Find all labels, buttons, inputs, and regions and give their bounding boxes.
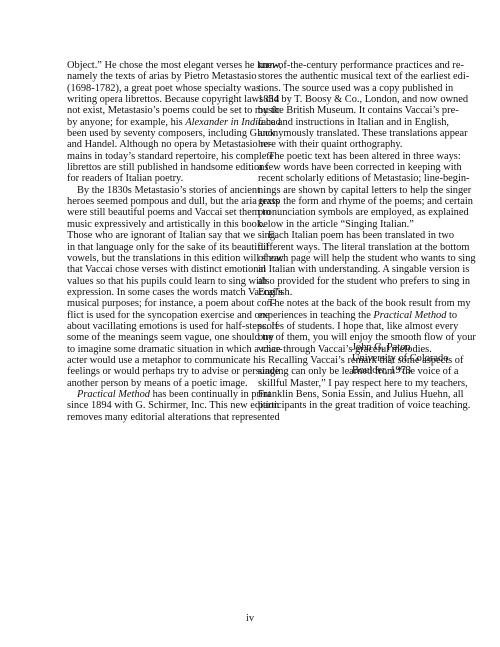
signature-name: John G. Paton [352, 342, 448, 353]
text-line: Each Italian poem has been translated in… [258, 230, 438, 241]
text-line: Those who are ignorant of Italian say th… [67, 230, 249, 241]
left-column: Object.” He chose the most elegant verse… [67, 60, 249, 423]
text-line: heroes seemed pompous and dull, but the … [67, 196, 249, 207]
text-line: flict is used for the syncopation exerci… [67, 310, 249, 321]
text-line: nings are shown by capital letters to he… [258, 185, 438, 196]
text-line: turn-of-the-century performance practice… [258, 60, 438, 71]
text-line: By the 1830s Metastasio’s stories of anc… [67, 185, 249, 196]
page-number: iv [0, 613, 500, 624]
italic-title: Practical Method [77, 389, 150, 400]
text-line: face and instructions in Italian and in … [258, 117, 438, 128]
text-line: that Vaccai chose verses with distinct e… [67, 264, 249, 275]
text-line: pronunciation symbols are employed, as e… [258, 207, 438, 218]
document-page: Object.” He chose the most elegant verse… [0, 0, 500, 647]
text-line: librettos are still published in handsom… [67, 162, 249, 173]
text-line: mains in today’s standard repertoire, hi… [67, 151, 249, 162]
text-line: removes many editorial alterations that … [67, 412, 249, 423]
text-line: expression. In some cases the words matc… [67, 287, 249, 298]
text-line: English. [258, 287, 438, 298]
text-line: here with their quaint orthography. [258, 139, 438, 150]
italic-title: Practical Method [373, 310, 446, 321]
text-line: of each page will help the student who w… [258, 253, 438, 264]
text-line: anonymously translated. These translatio… [258, 128, 438, 139]
text-line: 1834 by T. Boosy & Co., London, and now … [258, 94, 438, 105]
text-line: tions. The source used was a copy publis… [258, 83, 438, 94]
text-line: values so that his pupils could learn to… [67, 276, 249, 287]
text-line: and Handel. Although no opera by Metasta… [67, 139, 249, 150]
text-line: been used by seventy composers, includin… [67, 128, 249, 139]
text-line: Franklin Bens, Sonia Essin, and Julius H… [258, 389, 438, 400]
text-line: participants in the great tradition of v… [258, 400, 438, 411]
text-line: below in the article “Singing Italian.” [258, 219, 438, 230]
text-line: feelings or would perhaps try to advise … [67, 366, 249, 377]
text-line: scores of students. I hope that, like al… [258, 321, 438, 332]
text-line: by the British Museum. It contains Vacca… [258, 105, 438, 116]
signature-place-date: Boulder, 1973 [352, 365, 448, 376]
text-line: a few words have been corrected in keepi… [258, 162, 438, 173]
text-line: were still beautiful poems and Vaccai se… [67, 207, 249, 218]
text-line: for readers of Italian poetry. [67, 173, 249, 184]
text-line: different ways. The literal translation … [258, 242, 438, 253]
text-line: (1698-1782), a great poet whose specialt… [67, 83, 249, 94]
text-line: about vacillating emotions is used for h… [67, 321, 249, 332]
text-line: in Italian with understanding. A singabl… [258, 264, 438, 275]
text-line: to imagine some dramatic situation in wh… [67, 344, 249, 355]
text-line: Practical Method has been continually in… [67, 389, 249, 400]
text-line: Object.” He chose the most elegant verse… [67, 60, 249, 71]
signature-affiliation: University of Colorado [352, 353, 448, 364]
text-line: in that language only for the sake of it… [67, 242, 249, 253]
text-line: another person by means of a poetic imag… [67, 378, 249, 389]
text-line: acter would use a metaphor to communicat… [67, 355, 249, 366]
text-line: writing opera librettos. Because copyrig… [67, 94, 249, 105]
signature-block: John G. Paton University of Colorado Bou… [352, 342, 448, 376]
text-line: music expressively and artistically in t… [67, 219, 249, 230]
text-line: vowels, but the translations in this edi… [67, 253, 249, 264]
text-line: recent scholarly editions of Metastasio;… [258, 173, 438, 184]
text-line: musical purposes; for instance, a poem a… [67, 298, 249, 309]
text-line: some of the meanings seem vague, one sho… [67, 332, 249, 343]
text-line: by anyone; for example, his Alexander in… [67, 117, 249, 128]
text-line: experiences in teaching the Practical Me… [258, 310, 438, 321]
text-line: also provided for the student who prefer… [258, 276, 438, 287]
text-line: The poetic text has been altered in thre… [258, 151, 438, 162]
text-line: grasp the form and rhyme of the poems; a… [258, 196, 438, 207]
italic-title: Alexander in India [185, 117, 263, 128]
text-line: not exist, Metastasio’s poems could be s… [67, 105, 249, 116]
text-line: The notes at the back of the book result… [258, 298, 438, 309]
text-line: skillful Master,” I pay respect here to … [258, 378, 438, 389]
text-line: stores the authentic musical text of the… [258, 71, 438, 82]
text-line: namely the texts of arias by Pietro Meta… [67, 71, 249, 82]
text-line: since 1894 with G. Schirmer, Inc. This n… [67, 400, 249, 411]
